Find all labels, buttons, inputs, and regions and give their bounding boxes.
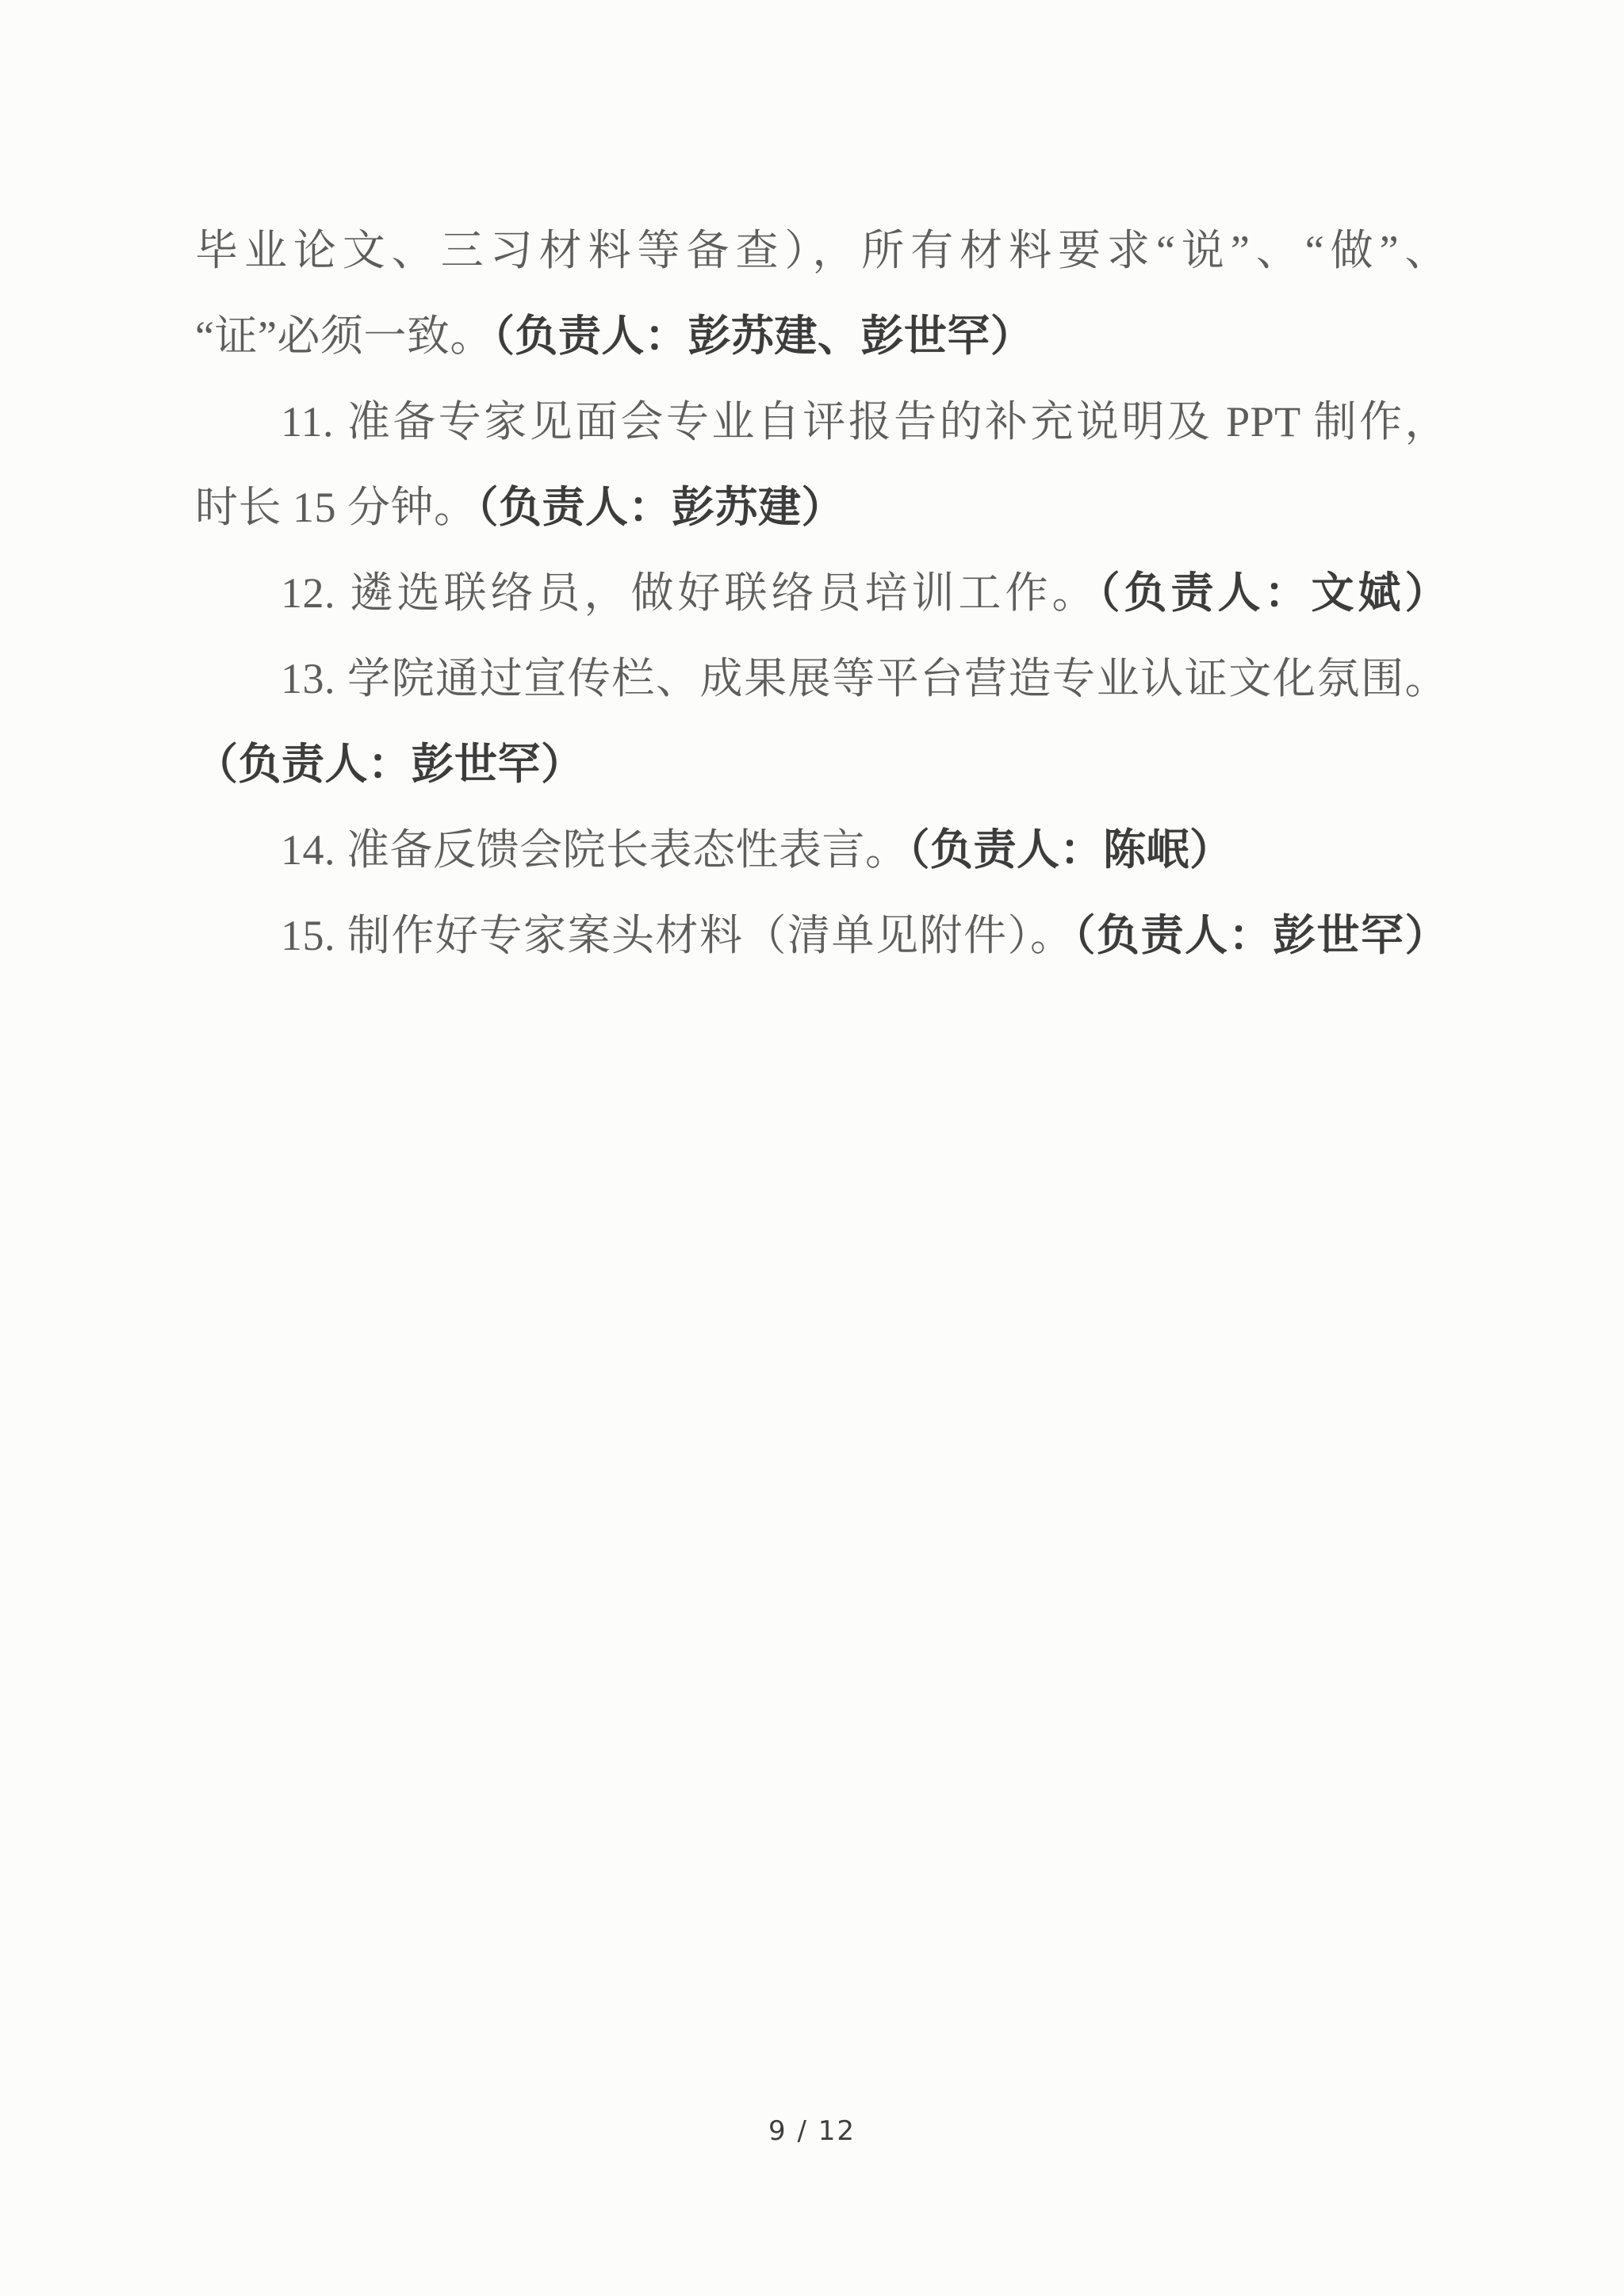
text-line: 12. 遴选联络员，做好联络员培训工作。（负责人：文娬） [195, 550, 1448, 636]
text-segment: 15. 制作好专家案头材料（清单见附件）。 [281, 912, 1074, 959]
text-line: 15. 制作好专家案头材料（清单见附件）。（负责人：彭世罕） [195, 893, 1448, 978]
text-segment: 毕业论文、三习材料等备查），所有材料要求“说”、“做”、 [195, 227, 1448, 274]
text-segment: 11. 准备专家见面会专业自评报告的补充说明及 PPT 制作， [281, 398, 1448, 446]
responsible-person-label: （负责人：文娬） [1099, 569, 1449, 617]
responsible-person-label: （负责人：彭苏建、彭世罕） [493, 312, 1034, 360]
text-segment: “证”必须一致。 [195, 312, 493, 360]
text-line: 14. 准备反馈会院长表态性表言。（负责人：陈岷） [195, 807, 1448, 893]
text-line: 11. 准备专家见面会专业自评报告的补充说明及 PPT 制作， [195, 379, 1448, 465]
text-line: 13. 学院通过宣传栏、成果展等平台营造专业认证文化氛围。 [195, 636, 1448, 721]
responsible-person-label: （负责人：彭世罕） [195, 740, 584, 788]
responsible-person-label: （负责人：彭世罕） [1074, 912, 1449, 959]
text-segment: 12. 遴选联络员，做好联络员培训工作。 [281, 569, 1099, 617]
responsible-person-label: （负责人：彭苏建） [477, 484, 845, 531]
text-line: （负责人：彭世罕） [195, 721, 1448, 807]
text-line: “证”必须一致。（负责人：彭苏建、彭世罕） [195, 293, 1448, 379]
responsible-person-label: （负责人：陈岷） [909, 826, 1233, 874]
text-line: 时长 15 分钟。（负责人：彭苏建） [195, 465, 1448, 550]
document-page: 毕业论文、三习材料等备查），所有材料要求“说”、“做”、“证”必须一致。（负责人… [0, 0, 1624, 2296]
document-body: 毕业论文、三习材料等备查），所有材料要求“说”、“做”、“证”必须一致。（负责人… [195, 208, 1448, 978]
footer-page-indicator: 9 / 12 [0, 2115, 1624, 2147]
text-segment: 13. 学院通过宣传栏、成果展等平台营造专业认证文化氛围。 [281, 655, 1448, 702]
text-segment: 14. 准备反馈会院长表态性表言。 [281, 826, 909, 874]
text-segment: 时长 15 分钟。 [195, 484, 477, 531]
text-line: 毕业论文、三习材料等备查），所有材料要求“说”、“做”、 [195, 208, 1448, 293]
